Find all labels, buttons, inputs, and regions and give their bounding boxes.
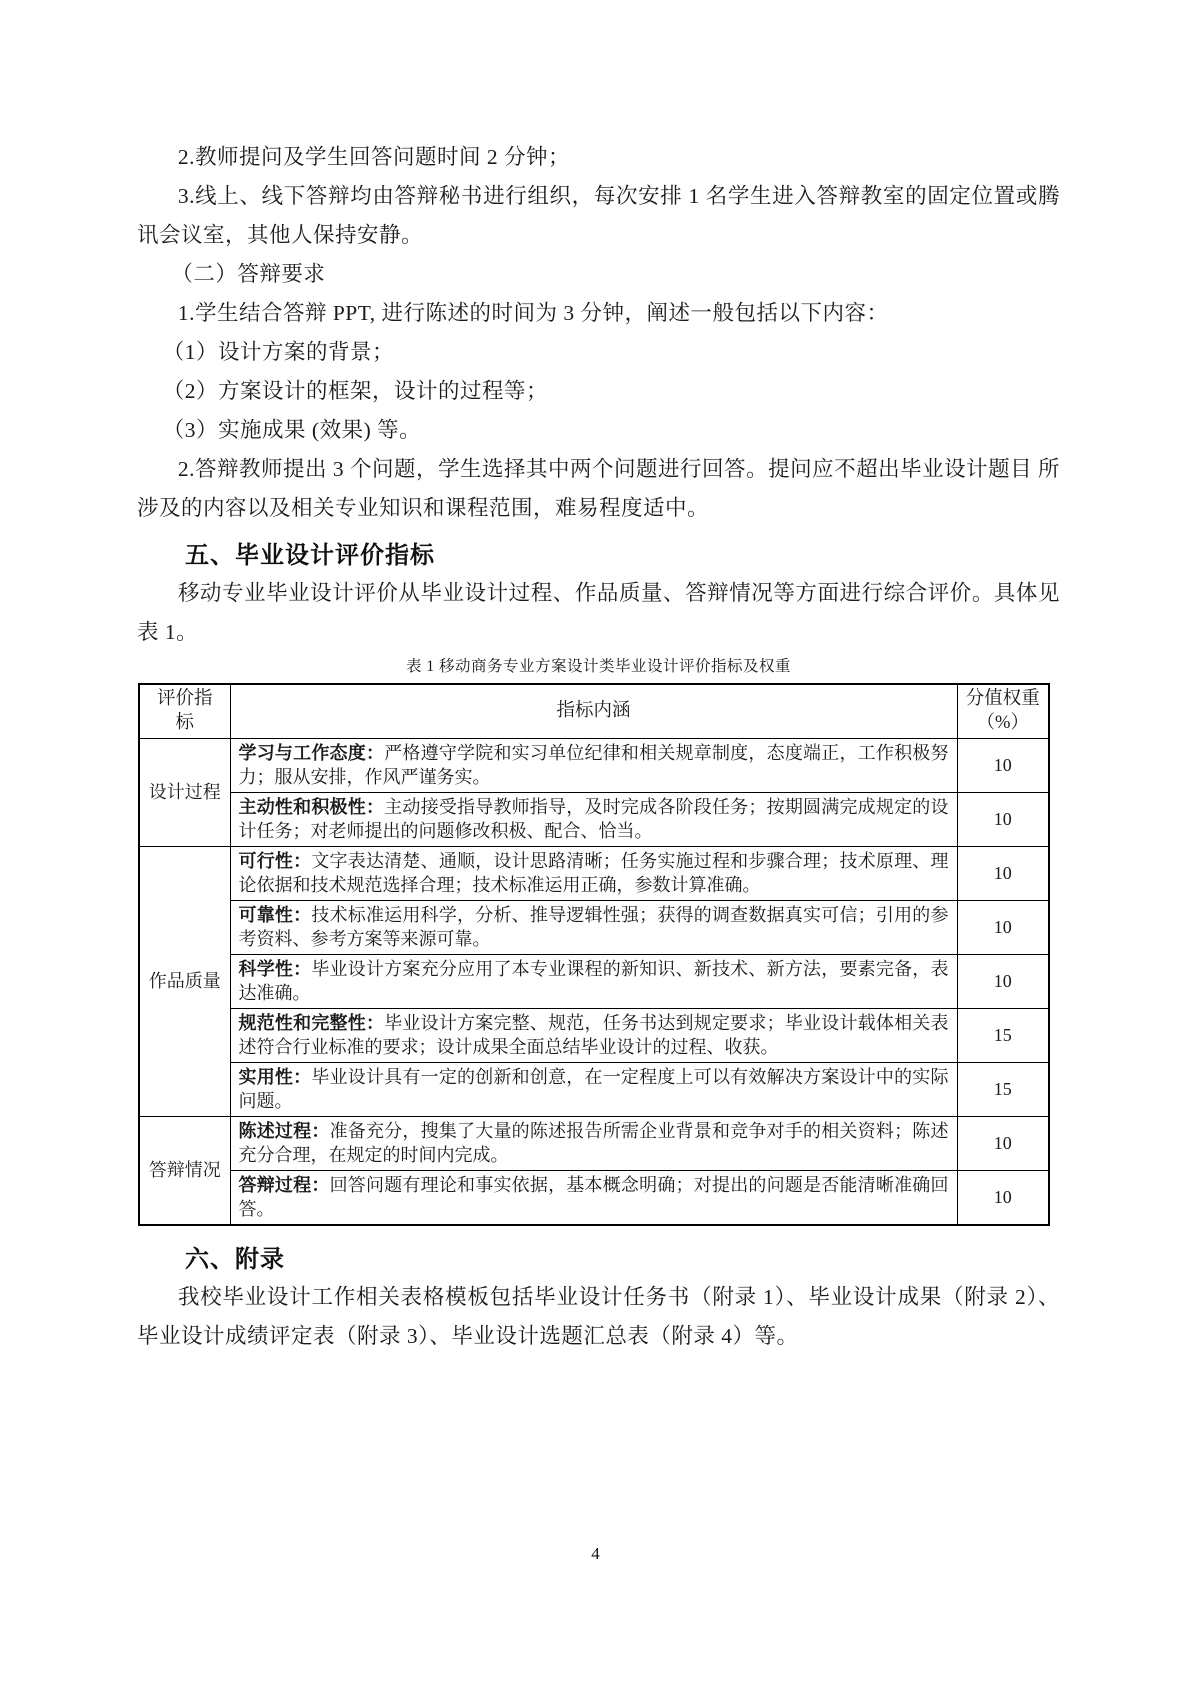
table-row: 答辩过程：回答问题有理论和事实依据，基本概念明确；对提出的问题是否能清晰准确回答… xyxy=(139,1171,1049,1226)
cell-weight: 15 xyxy=(957,1063,1049,1117)
cell-weight: 10 xyxy=(957,955,1049,1009)
table-row: 科学性：毕业设计方案充分应用了本专业课程的新知识、新技术、新方法，要素完备，表达… xyxy=(139,955,1049,1009)
section-heading-appendix: 六、附录 xyxy=(137,1242,1060,1278)
table-caption: 表 1 移动商务专业方案设计类毕业设计评价指标及权重 xyxy=(137,656,1060,678)
cell-weight: 15 xyxy=(957,1009,1049,1063)
paragraph-defense-requirements-subheading: （二）答辩要求 xyxy=(137,255,1060,294)
section-heading-evaluation-indicators: 五、毕业设计评价指标 xyxy=(137,538,1060,574)
group-label-defense-situation: 答辩情况 xyxy=(139,1117,230,1226)
page-content: 2.教师提问及学生回答问题时间 2 分钟； 3.线上、线下答辩均由答辩秘书进行组… xyxy=(137,138,1060,1356)
cell-weight: 10 xyxy=(957,901,1049,955)
cell-desc-presentation: 陈述过程：准备充分，搜集了大量的陈述报告所需企业背景和竞争对手的相关资料；陈述充… xyxy=(230,1117,957,1171)
term-feasibility: 可行性： xyxy=(239,851,312,871)
cell-desc-reliability: 可靠性：技术标准运用科学，分析、推导逻辑性强；获得的调查数据真实可信；引用的参考… xyxy=(230,901,957,955)
table-row: 规范性和完整性：毕业设计方案完整、规范，任务书达到规定要求；毕业设计载体相关表述… xyxy=(139,1009,1049,1063)
table-row: 作品质量 可行性：文字表达清楚、通顺，设计思路清晰；任务实施过程和步骤合理；技术… xyxy=(139,847,1049,901)
paragraph-appendix-body: 我校毕业设计工作相关表格模板包括毕业设计任务书（附录 1）、毕业设计成果（附录 … xyxy=(137,1278,1060,1356)
header-weight-line2: （%） xyxy=(977,713,1029,733)
paragraph-defense-organization: 3.线上、线下答辩均由答辩秘书进行组织，每次安排 1 名学生进入答辩教室的固定位… xyxy=(137,177,1060,255)
table-row: 实用性：毕业设计具有一定的创新和创意，在一定程度上可以有效解决方案设计中的实际问… xyxy=(139,1063,1049,1117)
cell-desc-scientific: 科学性：毕业设计方案充分应用了本专业课程的新知识、新技术、新方法，要素完备，表达… xyxy=(230,955,957,1009)
paragraph-item-2-framework: （2）方案设计的框架，设计的过程等； xyxy=(137,372,1060,411)
term-attitude: 学习与工作态度： xyxy=(239,743,385,763)
paragraph-defense-teacher-questions: 2.答辩教师提出 3 个问题，学生选择其中两个问题进行回答。提问应不超出毕业设计… xyxy=(137,450,1060,528)
cell-weight: 10 xyxy=(957,1171,1049,1226)
term-presentation: 陈述过程： xyxy=(239,1121,330,1141)
header-cell-indicator: 评价指标 xyxy=(139,684,230,739)
paragraph-evaluation-intro: 移动专业毕业设计评价从毕业设计过程、作品质量、答辩情况等方面进行综合评价。具体见… xyxy=(137,574,1060,652)
paragraph-teacher-question-time: 2.教师提问及学生回答问题时间 2 分钟； xyxy=(137,138,1060,177)
cell-desc-standardization: 规范性和完整性：毕业设计方案完整、规范，任务书达到规定要求；毕业设计载体相关表述… xyxy=(230,1009,957,1063)
header-weight-line1: 分值权重 xyxy=(966,689,1040,709)
table-row: 可靠性：技术标准运用科学，分析、推导逻辑性强；获得的调查数据真实可信；引用的参考… xyxy=(139,901,1049,955)
table-row: 答辩情况 陈述过程：准备充分，搜集了大量的陈述报告所需企业背景和竞争对手的相关资… xyxy=(139,1117,1049,1171)
cell-desc-defense-process: 答辩过程：回答问题有理论和事实依据，基本概念明确；对提出的问题是否能清晰准确回答… xyxy=(230,1171,957,1226)
paragraph-student-ppt: 1.学生结合答辩 PPT, 进行陈述的时间为 3 分钟，阐述一般包括以下内容： xyxy=(137,294,1060,333)
evaluation-indicators-table: 评价指标 指标内涵 分值权重（%） 设计过程 学习与工作态度：严格遵守学院和实习… xyxy=(138,683,1050,1226)
page-number: 4 xyxy=(0,1544,1191,1564)
cell-weight: 10 xyxy=(957,739,1049,793)
desc-feasibility: 文字表达清楚、通顺，设计思路清晰；任务实施过程和步骤合理；技术原理、理论依据和技… xyxy=(239,851,949,895)
term-practicality: 实用性： xyxy=(239,1067,312,1087)
cell-weight: 10 xyxy=(957,847,1049,901)
desc-presentation: 准备充分，搜集了大量的陈述报告所需企业背景和竞争对手的相关资料；陈述充分合理，在… xyxy=(239,1121,949,1165)
term-defense-process: 答辩过程： xyxy=(239,1175,330,1195)
cell-desc-practicality: 实用性：毕业设计具有一定的创新和创意，在一定程度上可以有效解决方案设计中的实际问… xyxy=(230,1063,957,1117)
table-header-row: 评价指标 指标内涵 分值权重（%） xyxy=(139,684,1049,739)
cell-desc-feasibility: 可行性：文字表达清楚、通顺，设计思路清晰；任务实施过程和步骤合理；技术原理、理论… xyxy=(230,847,957,901)
cell-desc-initiative: 主动性和积极性：主动接受指导教师指导，及时完成各阶段任务；按期圆满完成规定的设计… xyxy=(230,793,957,847)
paragraph-item-1-background: （1）设计方案的背景； xyxy=(137,333,1060,372)
table-row: 主动性和积极性：主动接受指导教师指导，及时完成各阶段任务；按期圆满完成规定的设计… xyxy=(139,793,1049,847)
table-row: 设计过程 学习与工作态度：严格遵守学院和实习单位纪律和相关规章制度，态度端正，工… xyxy=(139,739,1049,793)
term-reliability: 可靠性： xyxy=(239,905,312,925)
term-scientific: 科学性： xyxy=(239,959,312,979)
group-label-work-quality: 作品质量 xyxy=(139,847,230,1117)
term-initiative: 主动性和积极性： xyxy=(239,797,385,817)
header-cell-content: 指标内涵 xyxy=(230,684,957,739)
desc-practicality: 毕业设计具有一定的创新和创意，在一定程度上可以有效解决方案设计中的实际问题。 xyxy=(239,1067,949,1111)
paragraph-item-3-results: （3）实施成果 (效果) 等。 xyxy=(137,411,1060,450)
desc-defense-process: 回答问题有理论和事实依据，基本概念明确；对提出的问题是否能清晰准确回答。 xyxy=(239,1175,949,1219)
term-standardization: 规范性和完整性： xyxy=(239,1013,385,1033)
cell-weight: 10 xyxy=(957,1117,1049,1171)
document-page: 2.教师提问及学生回答问题时间 2 分钟； 3.线上、线下答辩均由答辩秘书进行组… xyxy=(0,0,1191,1684)
header-cell-weight: 分值权重（%） xyxy=(957,684,1049,739)
cell-weight: 10 xyxy=(957,793,1049,847)
desc-reliability: 技术标准运用科学，分析、推导逻辑性强；获得的调查数据真实可信；引用的参考资料、参… xyxy=(239,905,949,949)
group-label-design-process: 设计过程 xyxy=(139,739,230,847)
desc-scientific: 毕业设计方案充分应用了本专业课程的新知识、新技术、新方法，要素完备，表达准确。 xyxy=(239,959,949,1003)
cell-desc-attitude: 学习与工作态度：严格遵守学院和实习单位纪律和相关规章制度，态度端正，工作积极努力… xyxy=(230,739,957,793)
